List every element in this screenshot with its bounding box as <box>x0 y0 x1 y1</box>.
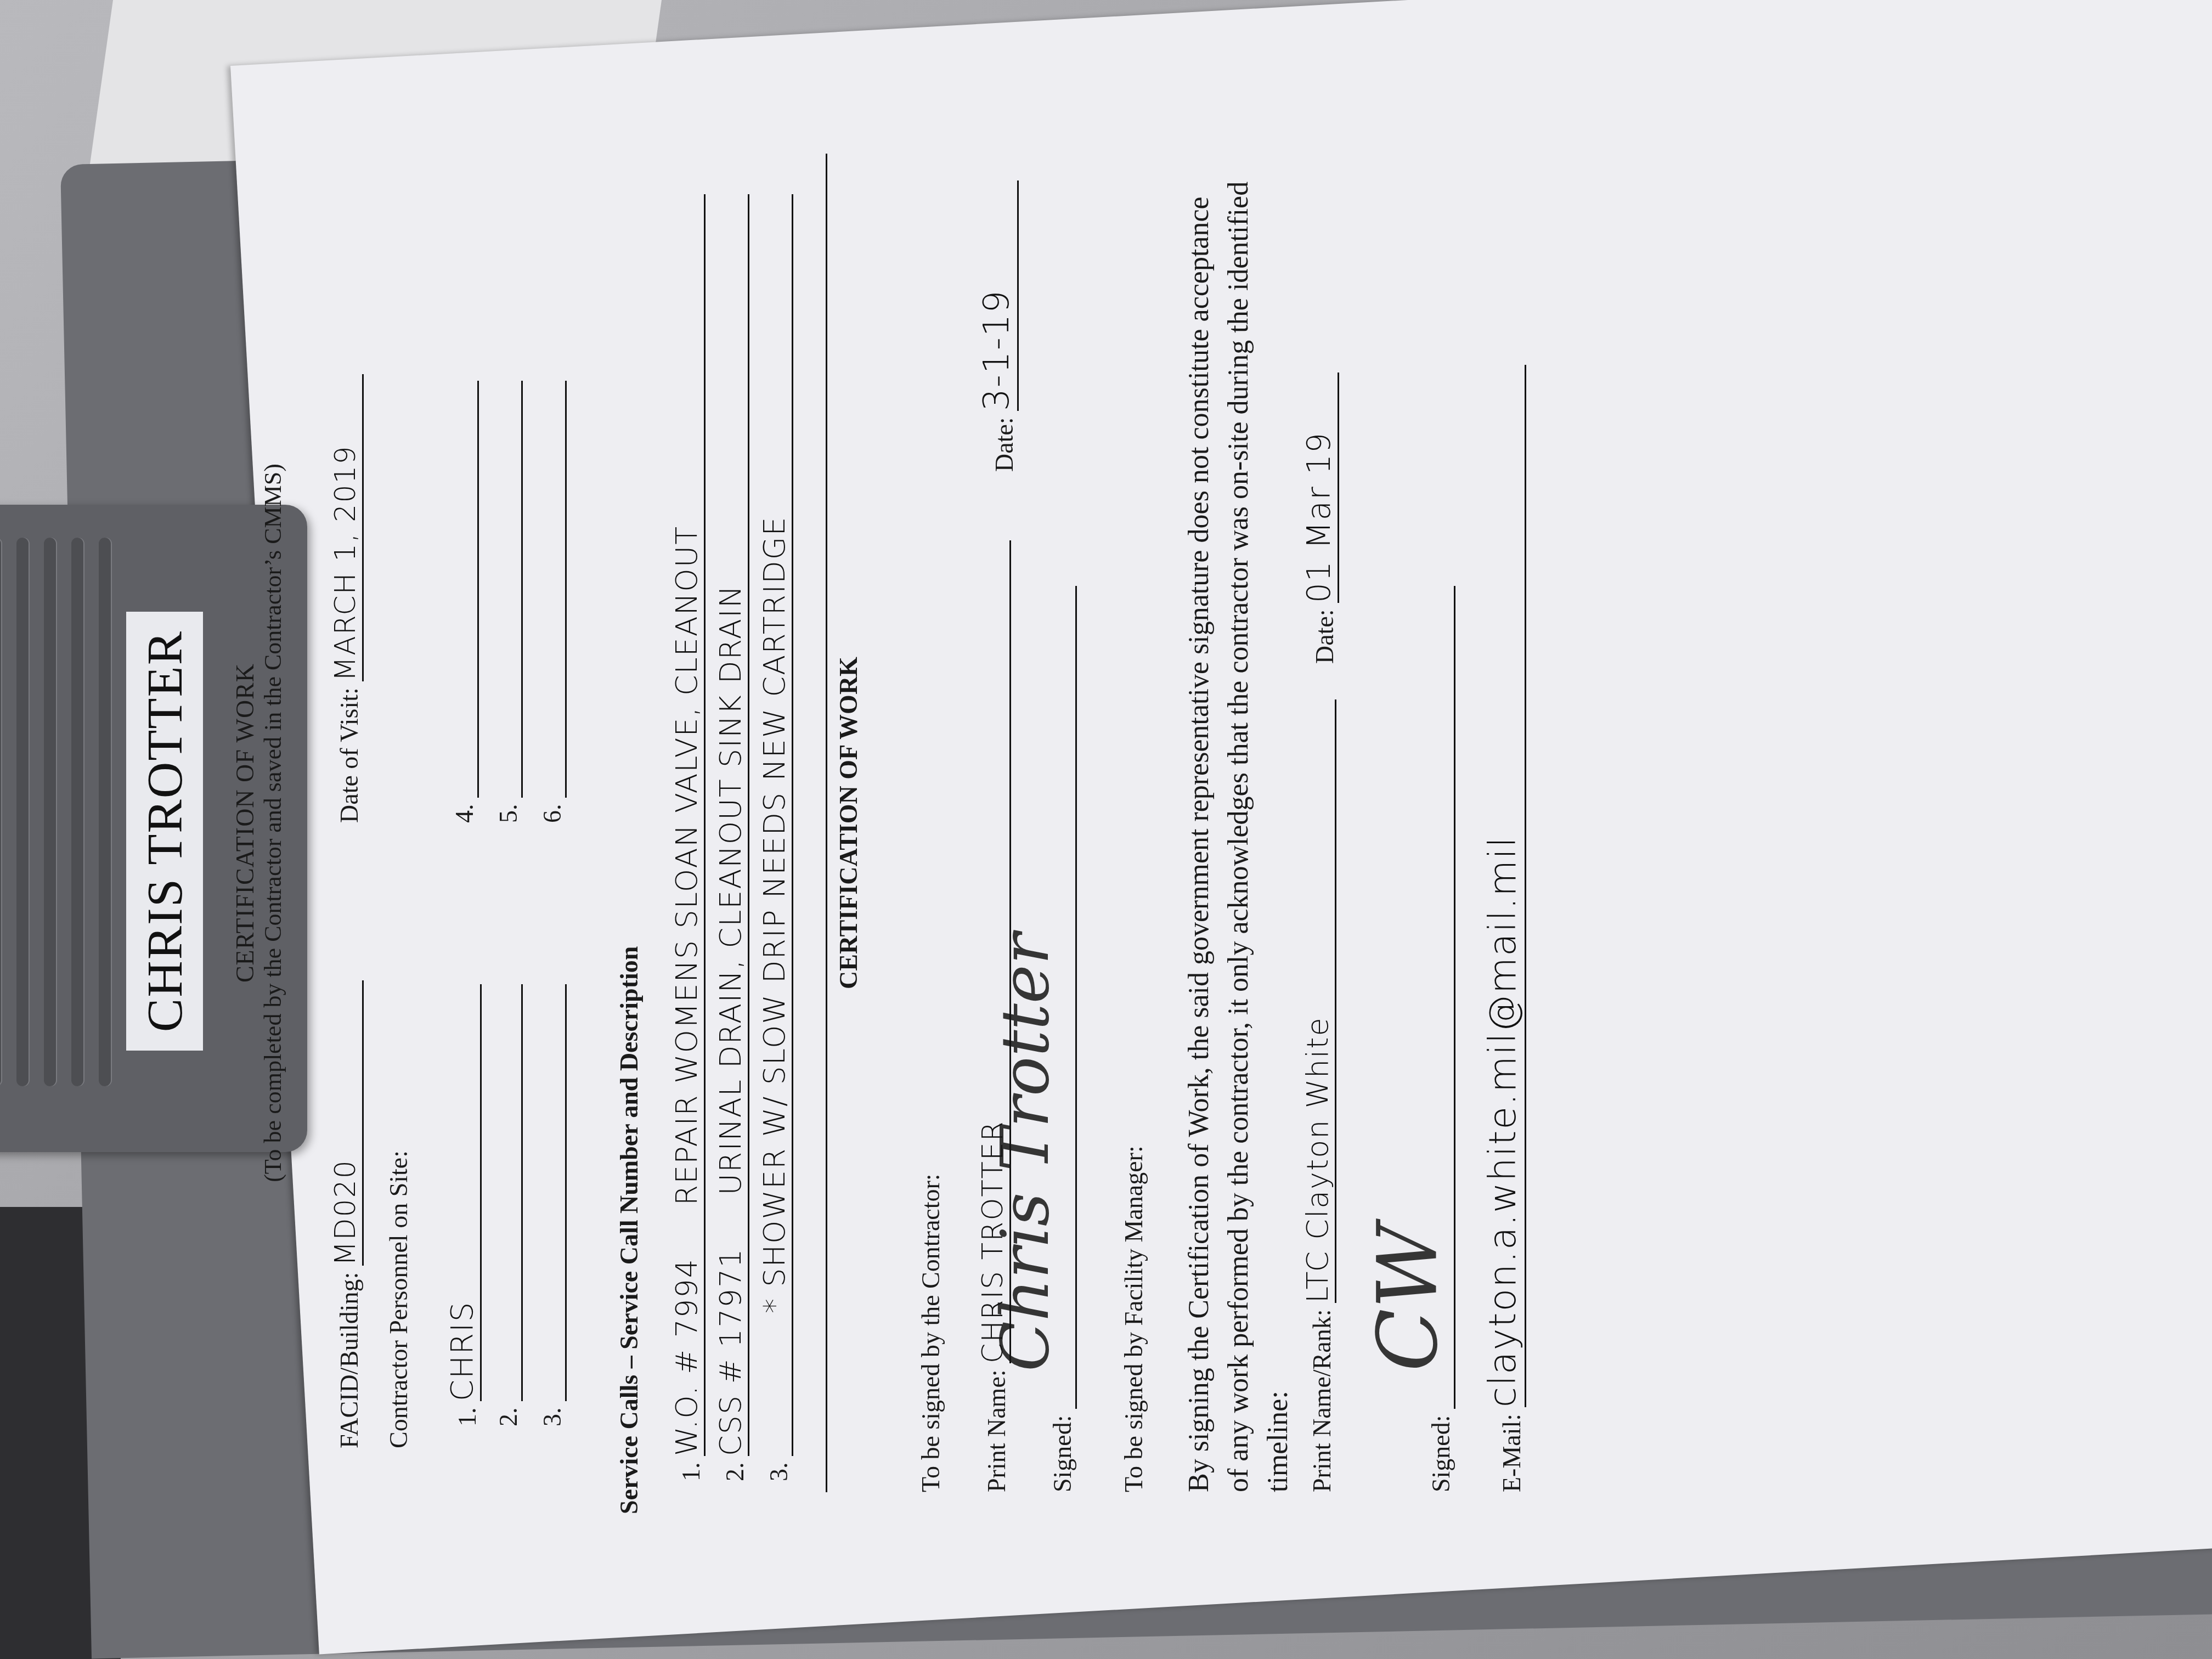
form-title: CERTIFICATION OF WORK <box>230 121 259 1525</box>
service-call-row[interactable]: 3. * SHOWER W/ SLOW DRIP NEEDS NEW CARTR… <box>757 194 793 1481</box>
personnel-row-2[interactable]: 2. <box>488 984 523 1426</box>
manager-signature: CW <box>1361 1224 1456 1372</box>
manager-section-heading: To be signed by Facility Manager: <box>1119 1145 1148 1492</box>
service-call-number: W.O. # 7994 <box>669 1258 704 1456</box>
date-value: 3-1-19 <box>977 180 1019 411</box>
personnel-num: 3. <box>538 1408 566 1427</box>
date-label: Date: <box>1311 609 1339 664</box>
clip-name-text: CHRIS TROTTER <box>136 630 194 1032</box>
personnel-row-5[interactable]: 5. <box>488 381 523 823</box>
personnel-heading: Contractor Personnel on Site: <box>384 1150 413 1448</box>
signed-label: Signed: <box>1048 1415 1076 1492</box>
print-name-label: Print Name: <box>983 1369 1011 1492</box>
print-name-rank-value: LTC Clayton White <box>1300 699 1336 1303</box>
date-of-visit-value: MARCH 1, 2019 <box>329 374 364 681</box>
service-call-num: 3. <box>765 1463 793 1482</box>
personnel-row-3[interactable]: 3. <box>532 984 567 1426</box>
personnel-num: 2. <box>494 1408 522 1427</box>
clip-ridge <box>44 538 56 1086</box>
date-label: Date: <box>990 417 1018 472</box>
personnel-row-6[interactable]: 6. <box>532 381 567 823</box>
personnel-row-1[interactable]: 1. CHRIS <box>444 984 482 1426</box>
facid-value: MD020 <box>329 980 364 1266</box>
service-call-description: * SHOWER W/ SLOW DRIP NEEDS NEW CARTRIDG… <box>757 516 792 1313</box>
clip-ridge <box>99 538 111 1086</box>
personnel-name <box>488 984 523 1401</box>
service-call-row[interactable]: 2. CSS # 17971 URINAL DRAIN, CLEANOUT SI… <box>713 194 749 1481</box>
facid-label: FACID/Building: <box>335 1272 363 1448</box>
clip-name-label: CHRIS TROTTER <box>126 612 203 1051</box>
personnel-name: CHRIS <box>444 984 482 1401</box>
service-call-number: CSS # 17971 <box>713 1248 748 1456</box>
personnel-name <box>488 381 523 798</box>
service-call-row[interactable]: 1. W.O. # 7994 REPAIR WOMENS SLOAN VALVE… <box>669 194 706 1481</box>
divider <box>826 154 827 1492</box>
manager-date-field[interactable]: Date: 01 Mar 19 <box>1300 373 1339 664</box>
date-of-visit-label: Date of Visit: <box>335 687 363 823</box>
personnel-num: 4. <box>450 804 478 823</box>
clip-ridge <box>16 538 29 1086</box>
personnel-num: 6. <box>538 804 566 823</box>
service-call-num: 2. <box>721 1463 749 1482</box>
clip-ridge <box>0 538 1 1086</box>
facid-field[interactable]: FACID/Building: MD020 <box>329 980 364 1448</box>
signed-label: Signed: <box>1427 1415 1455 1492</box>
date-of-visit-field[interactable]: Date of Visit: MARCH 1, 2019 <box>329 374 364 823</box>
personnel-name <box>444 381 479 798</box>
contractor-date-field[interactable]: Date: 3-1-19 <box>977 180 1019 472</box>
certification-form: CERTIFICATION OF WORK (To be completed b… <box>230 121 1701 1525</box>
service-call-description: URINAL DRAIN, CLEANOUT SINK DRAIN <box>713 585 748 1195</box>
date-value: 01 Mar 19 <box>1300 373 1339 603</box>
service-calls-heading: Service Calls – Service Call Number and … <box>614 946 644 1514</box>
service-call-description: REPAIR WOMENS SLOAN VALVE, CLEANOUT <box>669 526 704 1205</box>
form-subtitle: (To be completed by the Contractor and s… <box>259 121 287 1525</box>
personnel-row-4[interactable]: 4. <box>444 381 479 823</box>
email-label: E-Mail: <box>1498 1414 1526 1492</box>
manager-print-name-field[interactable]: Print Name/Rank: LTC Clayton White <box>1300 699 1336 1492</box>
contractor-signature: Chris Trotter <box>988 933 1064 1372</box>
certification-heading: CERTIFICATION OF WORK <box>834 121 863 1525</box>
personnel-num: 5. <box>494 804 522 823</box>
service-call-num: 1. <box>677 1463 705 1482</box>
manager-disclaimer: By signing the Certification of Work, th… <box>1180 176 1298 1492</box>
clip-ridge <box>71 538 83 1086</box>
personnel-name <box>532 984 567 1401</box>
personnel-name <box>532 381 567 798</box>
personnel-num: 1. <box>453 1408 481 1427</box>
print-name-rank-label: Print Name/Rank: <box>1308 1310 1336 1492</box>
contractor-section-heading: To be signed by the Contractor: <box>916 1173 945 1492</box>
manager-email-field[interactable]: E-Mail: clayton.a.white.mil@mail.mil <box>1481 365 1526 1492</box>
email-value: clayton.a.white.mil@mail.mil <box>1481 365 1526 1407</box>
